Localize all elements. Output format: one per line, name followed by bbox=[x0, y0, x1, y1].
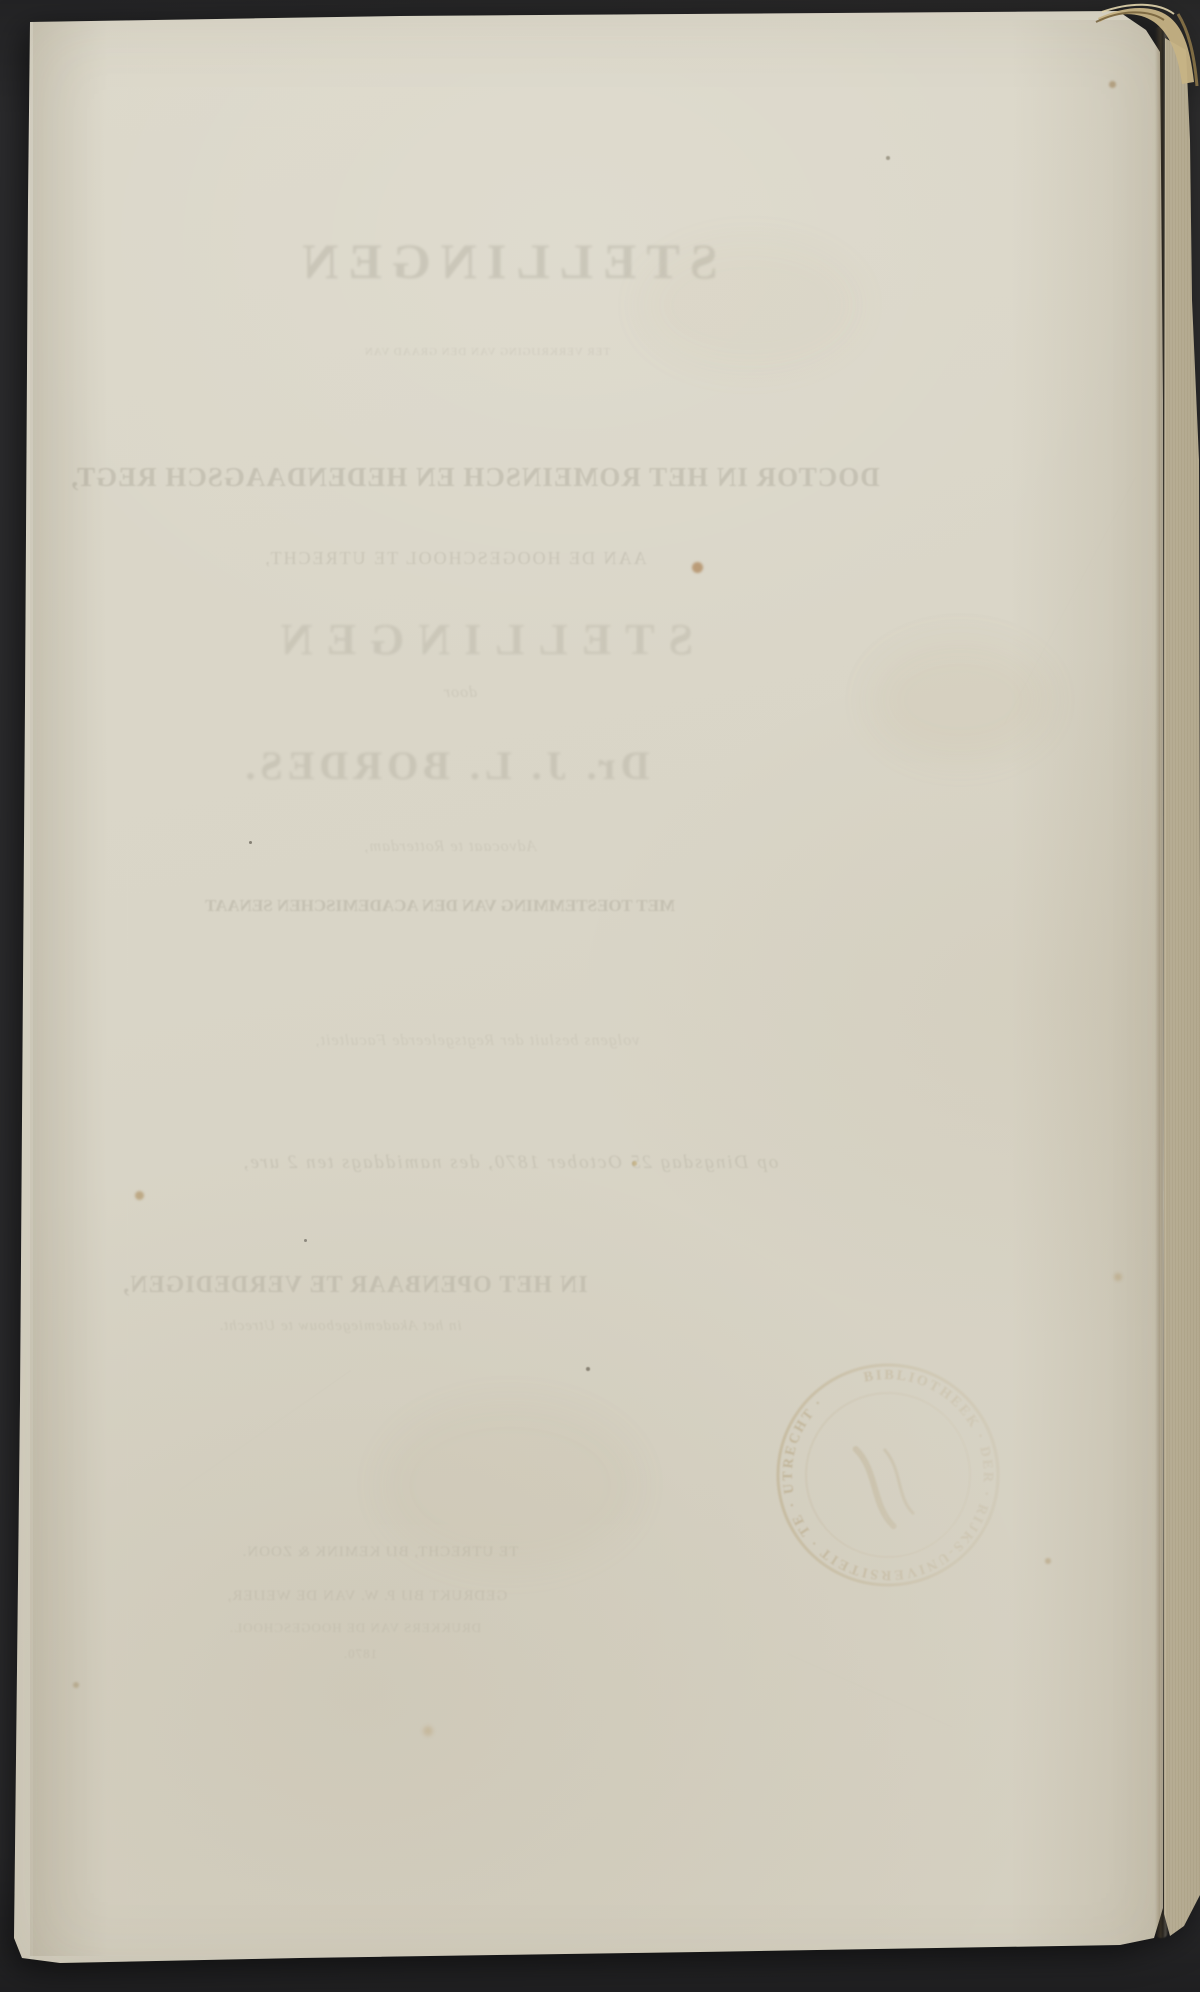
ghost-line-degree: DOCTOR IN HET ROMEINSCH EN HEDENDAAGSCH … bbox=[155, 462, 795, 493]
book-page-blank-verso: STELLINGENTER VERKRIJGING VAN DEN GRAAD … bbox=[0, 0, 1200, 1992]
foxing-speck bbox=[886, 156, 890, 160]
paper-crease bbox=[179, 1370, 352, 1491]
curled-page-corner bbox=[1094, 0, 1200, 88]
page-groove bbox=[1155, 26, 1168, 1938]
ghost-line-faculty: volgens besluit der Regtsgeleerde Facult… bbox=[262, 1032, 692, 1050]
paper-stain bbox=[640, 240, 860, 370]
paper-crease bbox=[788, 1653, 953, 1727]
foxing-speck bbox=[135, 1191, 144, 1200]
paper-stain bbox=[870, 640, 1050, 760]
page-edge-highlight bbox=[30, 20, 33, 1960]
ghost-line-school: AAN DE HOOGESCHOOL TE UTRECHT, bbox=[290, 548, 620, 569]
ghost-line-degree-intro: TER VERKRIJGING VAN DEN GRAAD VAN bbox=[377, 346, 597, 358]
paper-stain bbox=[380, 1400, 640, 1570]
foxing-speck bbox=[692, 562, 703, 573]
page-curvature-shadow bbox=[1010, 20, 1160, 1945]
ghost-line-author-sub: Advocaat te Rotterdam, bbox=[265, 838, 635, 856]
foxing-speck bbox=[249, 841, 252, 844]
ghost-line-senate: MET TOESTEMMING VAN DEN ACADEMISCHEN SEN… bbox=[230, 896, 650, 916]
ghost-line-defend-sub: in het Akademiegebouw te Utrecht. bbox=[190, 1318, 490, 1335]
ghost-line-title-2: STELLINGEN bbox=[265, 614, 695, 665]
ghost-line-door: door bbox=[400, 684, 520, 702]
ghost-line-imprint-3: DRUKKERS VAN DE HOOGESCHOOL. bbox=[205, 1620, 505, 1636]
ghost-line-defend: IN HET OPENBAAR TE VERDEDIGEN, bbox=[140, 1272, 570, 1299]
foxing-speck bbox=[423, 1726, 433, 1736]
gutter-shadow bbox=[30, 20, 108, 1956]
ghost-line-author: Dr. J. L. BORDES. bbox=[215, 742, 675, 789]
ghost-line-imprint-year: 1870. bbox=[300, 1646, 420, 1662]
stamp-emblem-mark bbox=[885, 1447, 913, 1516]
foxing-speck bbox=[1114, 1273, 1122, 1281]
book: STELLINGENTER VERKRIJGING VAN DEN GRAAD … bbox=[0, 0, 1200, 1992]
scanned-book-photo: STELLINGENTER VERKRIJGING VAN DEN GRAAD … bbox=[0, 0, 1200, 1992]
ghost-line-imprint-2: GEDRUKT BIJ P. W. VAN DE WEIJER, bbox=[182, 1588, 552, 1605]
stamp-emblem-mark bbox=[856, 1445, 894, 1531]
foxing-speck bbox=[73, 1682, 79, 1688]
foxing-speck bbox=[1045, 1558, 1051, 1564]
foxing-speck bbox=[586, 1367, 590, 1371]
foxing-speck bbox=[632, 1161, 637, 1166]
library-stamp: BIBLIOTHEEK · DER · RIJKS-UNIVERSITEIT ·… bbox=[736, 1323, 1039, 1626]
ghost-line-date: op Dingsdag 25 October 1870, des namidda… bbox=[210, 1152, 810, 1174]
stamp-ring-text: BIBLIOTHEEK · DER · RIJKS-UNIVERSITEIT ·… bbox=[758, 1345, 1018, 1605]
foxing-speck bbox=[304, 1239, 307, 1242]
